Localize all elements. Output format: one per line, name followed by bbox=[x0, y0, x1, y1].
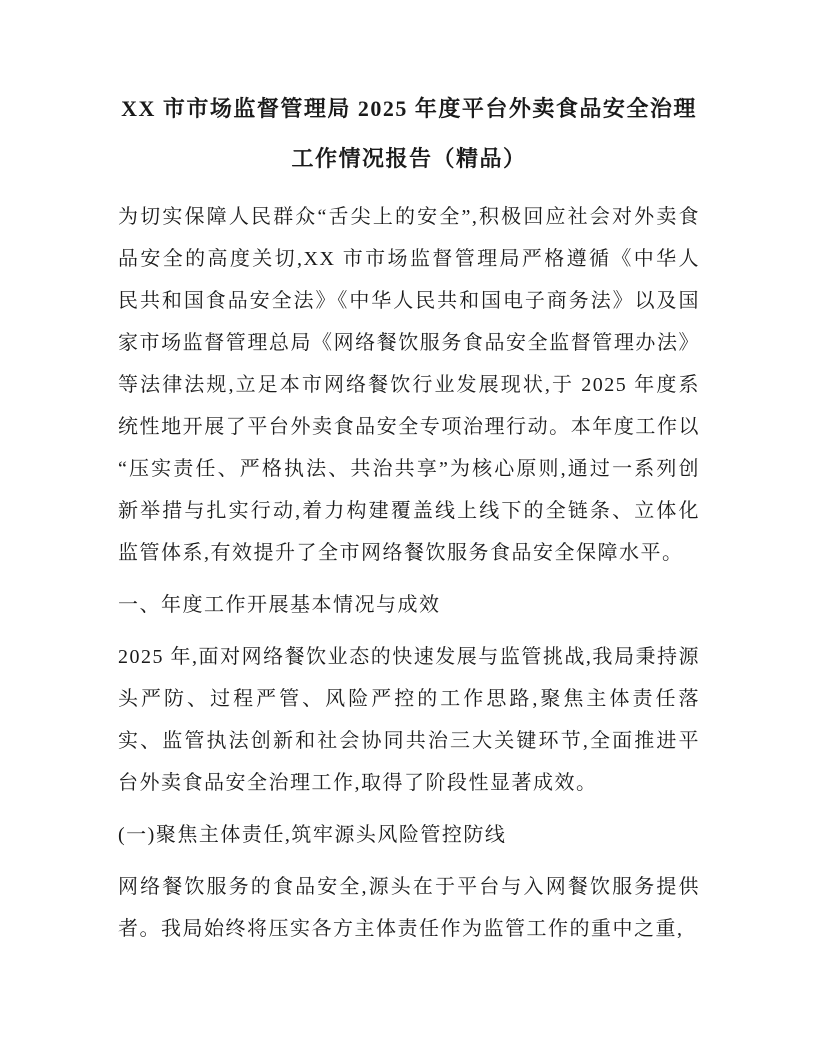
document-page: XX 市市场监督管理局 2025 年度平台外卖食品安全治理工作情况报告（精品） … bbox=[0, 0, 816, 1056]
subsection-1-heading: (一)聚焦主体责任,筑牢源头风险管控防线 bbox=[118, 814, 700, 856]
section-1-heading: 一、年度工作开展基本情况与成效 bbox=[118, 584, 700, 626]
subsection-1-paragraph: 网络餐饮服务的食品安全,源头在于平台与入网餐饮服务提供者。我局始终将压实各方主体… bbox=[118, 866, 700, 950]
section-1-paragraph: 2025 年,面对网络餐饮业态的快速发展与监管挑战,我局秉持源头严防、过程严管、… bbox=[118, 636, 700, 804]
intro-paragraph: 为切实保障人民群众“舌尖上的安全”,积极回应社会对外卖食品安全的高度关切,XX … bbox=[118, 196, 700, 574]
document-title: XX 市市场监督管理局 2025 年度平台外卖食品安全治理工作情况报告（精品） bbox=[118, 84, 700, 184]
